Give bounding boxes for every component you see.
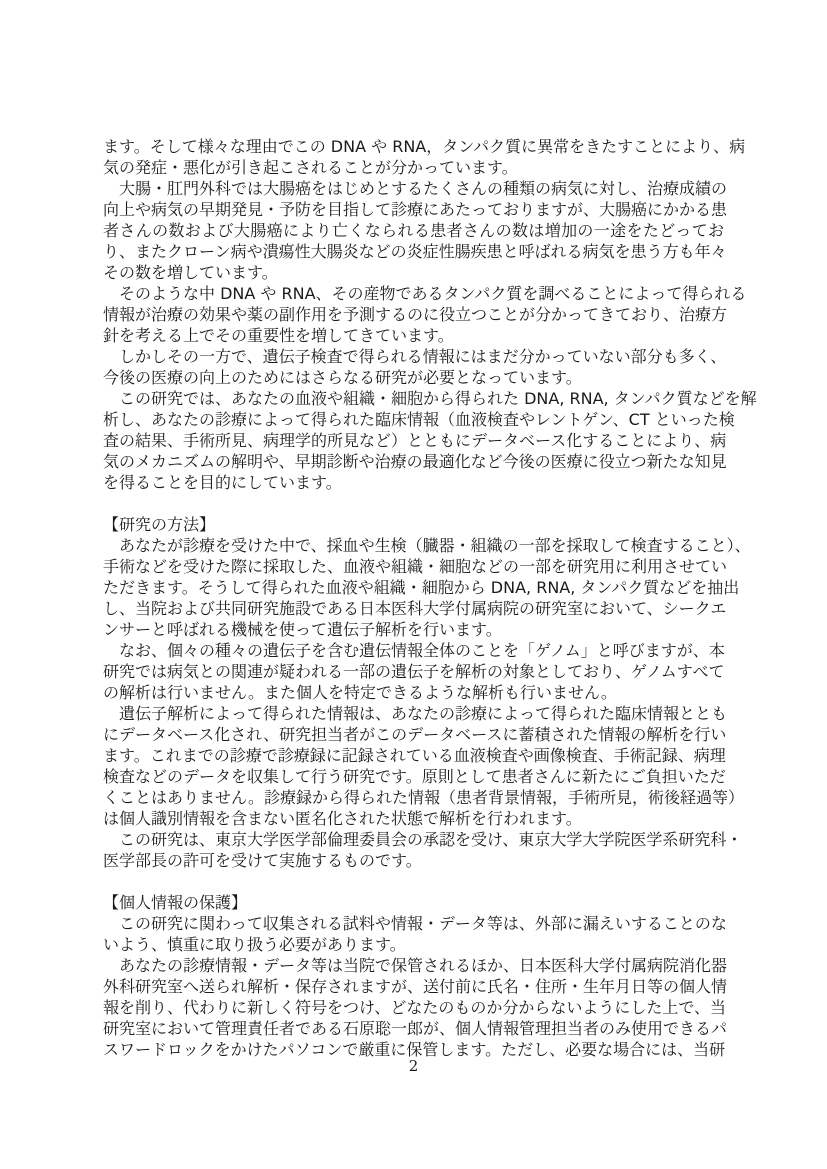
paragraph: 大腸・肛門外科では大腸癌をはじめとするたくさんの種類の病気に対し、治療成績の向上…	[103, 178, 724, 283]
text-line: 査の結果、手術所見、病理学的所見など）とともにデータベース化することにより、病	[103, 430, 724, 451]
page-number: 2	[0, 1056, 827, 1076]
section-heading: 【研究の方法】	[103, 514, 724, 535]
text-line: 検査などのデータを収集して行う研究です。原則として患者さんに新たにご負担いただ	[103, 766, 724, 787]
paragraph-spacer	[103, 871, 724, 892]
text-line: 外科研究室へ送られ解析・保存されますが、送付前に氏名・住所・生年月日等の個人情	[103, 976, 724, 997]
document-body: ます。そして様々な理由でこの DNA や RNA，タンパク質に異常をきたすことに…	[103, 136, 724, 1060]
text-line: 気のメカニズムの解明や、早期診断や治療の最適化など今後の医療に役立つ新たな知見	[103, 451, 724, 472]
paragraph: なお、個々の種々の遺伝子を含む遺伝情報全体のことを「ゲノム」と呼びますが、本研究…	[103, 640, 724, 703]
paragraph: この研究は、東京大学医学部倫理委員会の承認を受け、東京大学大学院医学系研究科・医…	[103, 829, 724, 871]
text-line: ンサーと呼ばれる機械を使って遺伝子解析を行います。	[103, 619, 724, 640]
paragraph: ます。そして様々な理由でこの DNA や RNA，タンパク質に異常をきたすことに…	[103, 136, 724, 178]
text-line: 析し、あなたの診療によって得られた臨床情報（血液検査やレントゲン、CT といった…	[103, 409, 724, 430]
text-line: あなたが診療を受けた中で、採血や生検（臓器・組織の一部を採取して検査すること）、	[103, 535, 724, 556]
section-heading: 【個人情報の保護】	[103, 892, 724, 913]
paragraph: そのような中 DNA や RNA、その産物であるタンパク質を調べることによって得…	[103, 283, 724, 346]
text-line: 研究では病気との関連が疑われる一部の遺伝子を解析の対象としており、ゲノムすべて	[103, 661, 724, 682]
paragraph: あなたの診療情報・データ等は当院で保管されるほか、日本医科大学付属病院消化器外科…	[103, 955, 724, 1060]
text-line: そのような中 DNA や RNA、その産物であるタンパク質を調べることによって得…	[103, 283, 724, 304]
text-line: この研究は、東京大学医学部倫理委員会の承認を受け、東京大学大学院医学系研究科・	[103, 829, 724, 850]
text-line: この研究では、あなたの血液や組織・細胞から得られた DNA, RNA, タンパク…	[103, 388, 724, 409]
paragraph: この研究では、あなたの血液や組織・細胞から得られた DNA, RNA, タンパク…	[103, 388, 724, 493]
paragraph: あなたが診療を受けた中で、採血や生検（臓器・組織の一部を採取して検査すること）、…	[103, 535, 724, 640]
text-line: を得ることを目的にしています。	[103, 472, 724, 493]
text-line: 報を削り、代わりに新しく符号をつけ、どなたのものか分からないようにした上で、当	[103, 997, 724, 1018]
text-line: なお、個々の種々の遺伝子を含む遺伝情報全体のことを「ゲノム」と呼びますが、本	[103, 640, 724, 661]
document-page: ます。そして様々な理由でこの DNA や RNA，タンパク質に異常をきたすことに…	[0, 0, 827, 1169]
text-line: しかしその一方で、遺伝子検査で得られる情報にはまだ分かっていない部分も多く、	[103, 346, 724, 367]
text-line: 情報が治療の効果や薬の副作用を予測するのに役立つことが分かってきており、治療方	[103, 304, 724, 325]
text-line: 向上や病気の早期発見・予防を目指して診療にあたっておりますが、大腸癌にかかる患	[103, 199, 724, 220]
text-line: し、当院および共同研究施設である日本医科大学付属病院の研究室において、シークエ	[103, 598, 724, 619]
text-line: り、またクローン病や潰瘍性大腸炎などの炎症性腸疾患と呼ばれる病気を患う方も年々	[103, 241, 724, 262]
text-line: 研究室において管理責任者である石原聡一郎が、個人情報管理担当者のみ使用できるパ	[103, 1018, 724, 1039]
text-line: ただきます。そうして得られた血液や組織・細胞から DNA, RNA, タンパク質…	[103, 577, 724, 598]
text-line: ます。これまでの診療で診療録に記録されている血液検査や画像検査、手術記録、病理	[103, 745, 724, 766]
text-line: 遺伝子解析によって得られた情報は、あなたの診療によって得られた臨床情報ととも	[103, 703, 724, 724]
text-line: 手術などを受けた際に採取した、血液や組織・細胞などの一部を研究用に利用させてい	[103, 556, 724, 577]
paragraph: 遺伝子解析によって得られた情報は、あなたの診療によって得られた臨床情報とともにデ…	[103, 703, 724, 829]
text-line: は個人識別情報を含まない匿名化された状態で解析を行われます。	[103, 808, 724, 829]
text-line: 者さんの数および大腸癌により亡くなられる患者さんの数は増加の一途をたどってお	[103, 220, 724, 241]
text-line: あなたの診療情報・データ等は当院で保管されるほか、日本医科大学付属病院消化器	[103, 955, 724, 976]
text-line: 大腸・肛門外科では大腸癌をはじめとするたくさんの種類の病気に対し、治療成績の	[103, 178, 724, 199]
text-line: この研究に関わって収集される試料や情報・データ等は、外部に漏えいすることのな	[103, 913, 724, 934]
paragraph: この研究に関わって収集される試料や情報・データ等は、外部に漏えいすることのないよ…	[103, 913, 724, 955]
text-line: くことはありません。診療録から得られた情報（患者背景情報，手術所見，術後経過等）	[103, 787, 724, 808]
text-line: の解析は行いません。また個人を特定できるような解析も行いません。	[103, 682, 724, 703]
text-line: ます。そして様々な理由でこの DNA や RNA，タンパク質に異常をきたすことに…	[103, 136, 724, 157]
paragraph: しかしその一方で、遺伝子検査で得られる情報にはまだ分かっていない部分も多く、今後…	[103, 346, 724, 388]
text-line: にデータベース化され、研究担当者がこのデータベースに蓄積された情報の解析を行い	[103, 724, 724, 745]
text-line: 医学部長の許可を受けて実施するものです。	[103, 850, 724, 871]
text-line: いよう、慎重に取り扱う必要があります。	[103, 934, 724, 955]
paragraph-spacer	[103, 493, 724, 514]
text-line: その数を増しています。	[103, 262, 724, 283]
text-line: 気の発症・悪化が引き起こされることが分かっています。	[103, 157, 724, 178]
text-line: 今後の医療の向上のためにはさらなる研究が必要となっています。	[103, 367, 724, 388]
text-line: 針を考える上でその重要性を増してきています。	[103, 325, 724, 346]
